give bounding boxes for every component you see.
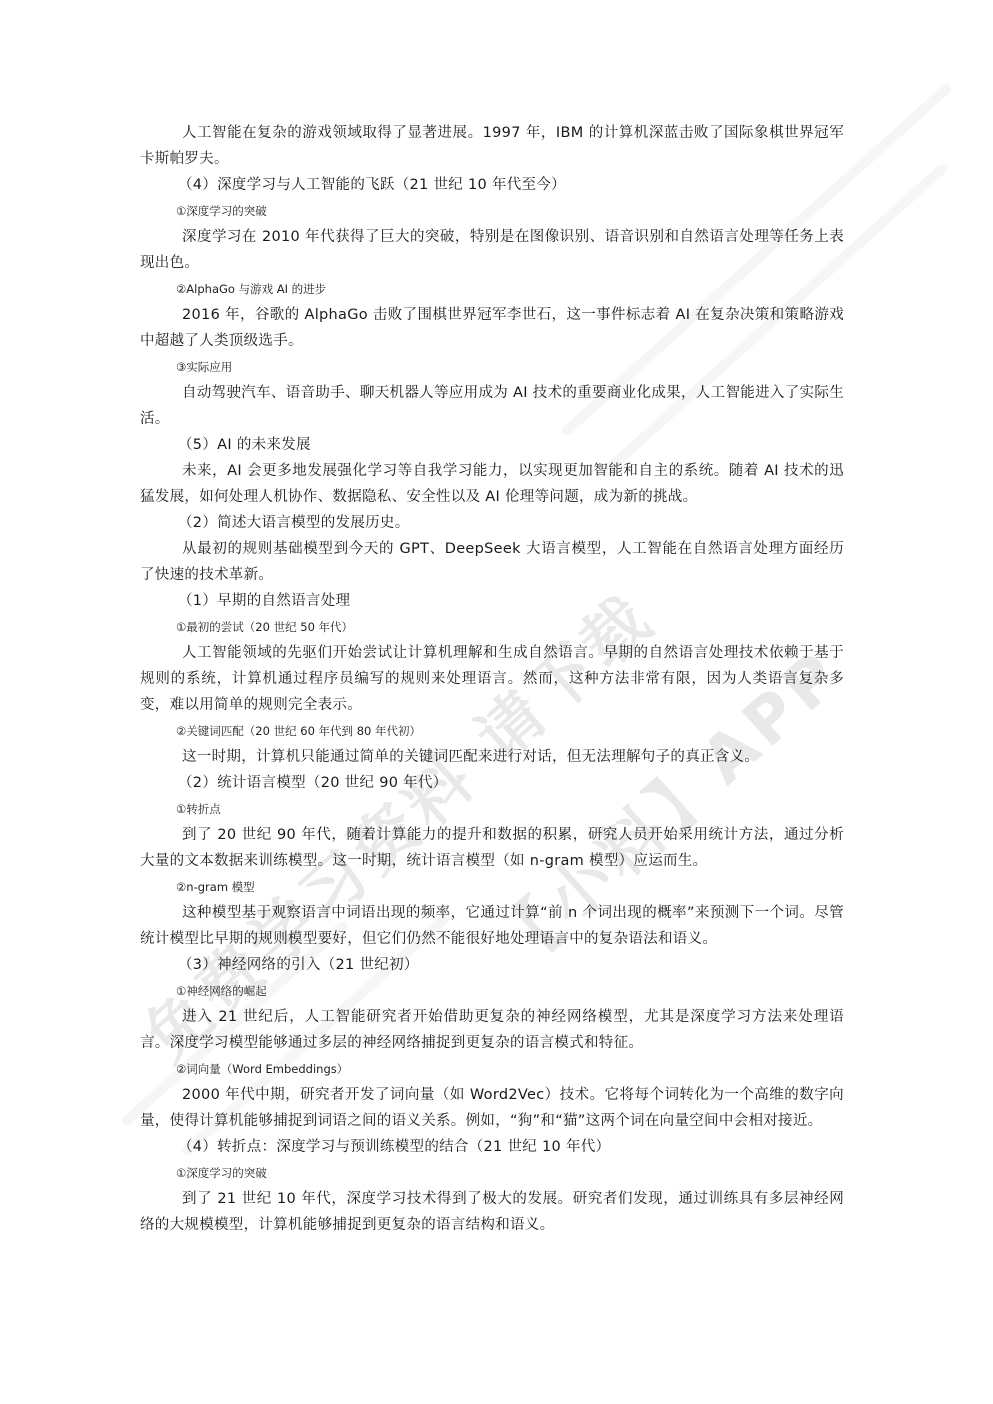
paragraph: 这种模型基于观察语言中词语出现的频率，它通过计算“前 n 个词出现的概率”来预测… <box>140 900 844 952</box>
paragraph: 未来，AI 会更多地发展强化学习等自我学习能力，以实现更加智能和自主的系统。随着… <box>140 458 844 510</box>
section-heading: （1）早期的自然语言处理 <box>140 588 844 614</box>
section-heading: （4）转折点：深度学习与预训练模型的结合（21 世纪 10 年代） <box>140 1134 844 1160</box>
paragraph: 2000 年代中期，研究者开发了词向量（如 Word2Vec）技术。它将每个词转… <box>140 1082 844 1134</box>
paragraph: 2016 年，谷歌的 AlphaGo 击败了围棋世界冠军李世石，这一事件标志着 … <box>140 302 844 354</box>
subsection-label: ①神经网络的崛起 <box>140 978 844 1004</box>
paragraph: 到了 21 世纪 10 年代，深度学习技术得到了极大的发展。研究者们发现，通过训… <box>140 1186 844 1238</box>
paragraph: 到了 20 世纪 90 年代，随着计算能力的提升和数据的积累，研究人员开始采用统… <box>140 822 844 874</box>
subsection-label: ②AlphaGo 与游戏 AI 的进步 <box>140 276 844 302</box>
subsection-label: ①深度学习的突破 <box>140 1160 844 1186</box>
subsection-label: ①最初的尝试（20 世纪 50 年代） <box>140 614 844 640</box>
document-body: 人工智能在复杂的游戏领域取得了显著进展。1997 年，IBM 的计算机深蓝击败了… <box>140 120 844 1238</box>
document-page: 免费学习资料 请下载 【小料】APP 人工智能在复杂的游戏领域取得了显著进展。1… <box>0 0 993 1404</box>
subsection-label: ①深度学习的突破 <box>140 198 844 224</box>
subsection-label: ①转折点 <box>140 796 844 822</box>
subsection-label: ③实际应用 <box>140 354 844 380</box>
question-heading: （2）简述大语言模型的发展历史。 <box>140 510 844 536</box>
paragraph: 进入 21 世纪后，人工智能研究者开始借助更复杂的神经网络模型，尤其是深度学习方… <box>140 1004 844 1056</box>
paragraph: 人工智能领域的先驱们开始尝试让计算机理解和生成自然语言。早期的自然语言处理技术依… <box>140 640 844 718</box>
subsection-label: ②词向量（Word Embeddings） <box>140 1056 844 1082</box>
paragraph: 自动驾驶汽车、语音助手、聊天机器人等应用成为 AI 技术的重要商业化成果，人工智… <box>140 380 844 432</box>
subsection-label: ②n-gram 模型 <box>140 874 844 900</box>
subsection-label: ②关键词匹配（20 世纪 60 年代到 80 年代初） <box>140 718 844 744</box>
section-heading: （4）深度学习与人工智能的飞跃（21 世纪 10 年代至今） <box>140 172 844 198</box>
section-heading: （5）AI 的未来发展 <box>140 432 844 458</box>
paragraph: 人工智能在复杂的游戏领域取得了显著进展。1997 年，IBM 的计算机深蓝击败了… <box>140 120 844 172</box>
paragraph: 从最初的规则基础模型到今天的 GPT、DeepSeek 大语言模型，人工智能在自… <box>140 536 844 588</box>
paragraph: 深度学习在 2010 年代获得了巨大的突破，特别是在图像识别、语音识别和自然语言… <box>140 224 844 276</box>
paragraph: 这一时期，计算机只能通过简单的关键词匹配来进行对话，但无法理解句子的真正含义。 <box>140 744 844 770</box>
section-heading: （3）神经网络的引入（21 世纪初） <box>140 952 844 978</box>
section-heading: （2）统计语言模型（20 世纪 90 年代） <box>140 770 844 796</box>
